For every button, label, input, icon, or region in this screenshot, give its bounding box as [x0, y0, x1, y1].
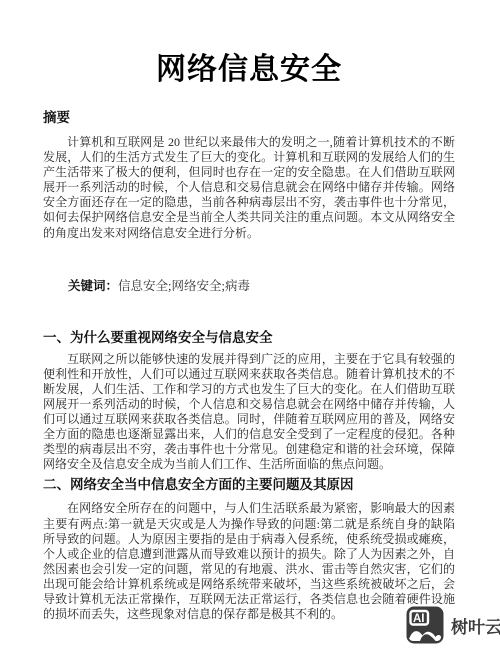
- abstract-label: 摘要: [43, 110, 455, 126]
- section-paragraph-2: 在网络安全所存在的问题中，与人们生活联系最为紧密，影响最大的因素主要有两点:第一…: [43, 501, 455, 622]
- keywords-line: 关键词：信息安全;网络安全;病毒: [43, 278, 455, 294]
- keywords-label: 关键词：: [68, 279, 118, 293]
- ai-icon-label: AI: [413, 613, 425, 625]
- section-paragraph-1: 互联网之所以能够快速的发展并得到广泛的应用，主要在于它具有较强的便利性和开放性，…: [43, 352, 455, 473]
- abstract-paragraph: 计算机和互联网是 20 世纪以来最伟大的发明之一,随着计算机技术的不断发展，人们…: [43, 135, 455, 241]
- keywords-values: 信息安全;网络安全;病毒: [118, 279, 250, 293]
- watermark: AI 树叶云: [406, 606, 500, 644]
- brand-name: 树叶云: [451, 613, 500, 638]
- section-heading-2: 二、网络安全当中信息安全方面的主要问题及其原因: [43, 476, 455, 493]
- page-title: 网络信息安全: [43, 52, 455, 88]
- document-page: 网络信息安全 摘要 计算机和互联网是 20 世纪以来最伟大的发明之一,随着计算机…: [0, 0, 500, 622]
- section-heading-1: 一、为什么要重视网络安全与信息安全: [43, 329, 455, 346]
- ai-image-icon: AI: [406, 606, 444, 644]
